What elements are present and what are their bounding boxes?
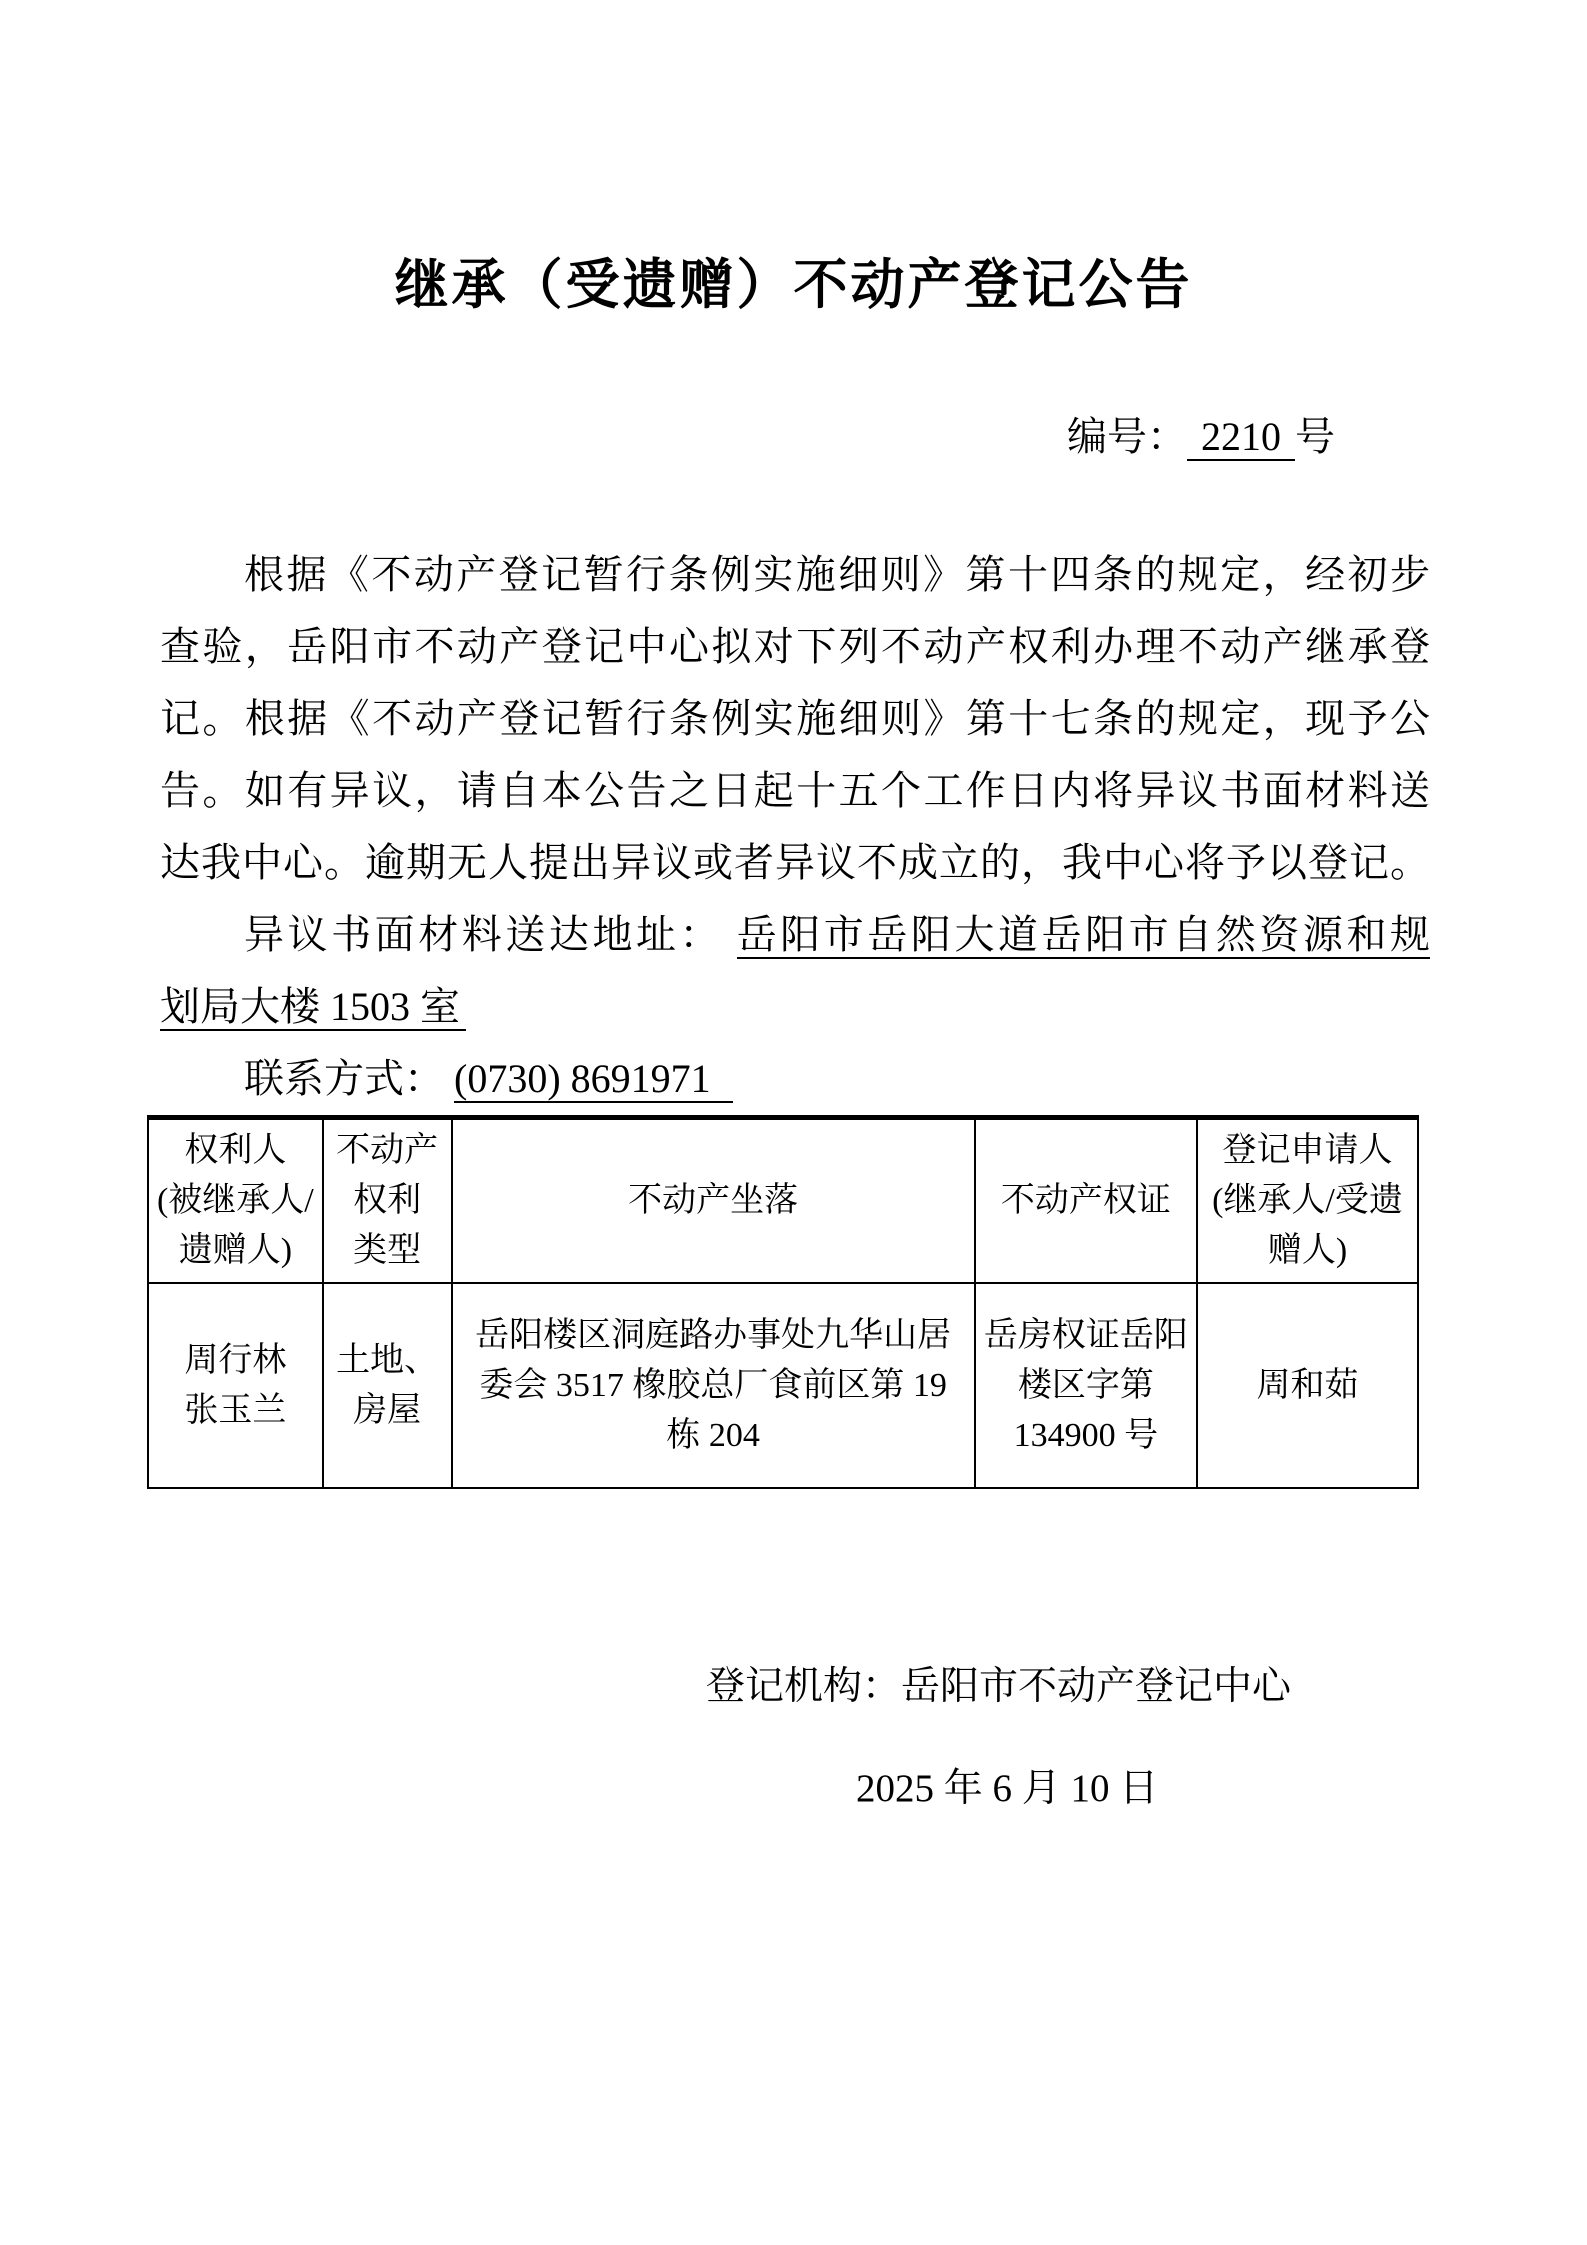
table-header-row: 权利人 (被继承人/ 遗赠人) 不动产 权利 类型 不动产坐落 不动产权证 登记…: [148, 1118, 1418, 1284]
cell-property-certificate: 岳房权证岳阳 楼区字第 134900 号: [975, 1283, 1197, 1488]
document-page: 继承（受遗赠）不动产登记公告 编号：2210号 根据《不动产登记暂行条例实施细则…: [0, 0, 1587, 2245]
header-right-type: 不动产 权利 类型: [323, 1118, 452, 1284]
cell-property-location: 岳阳楼区洞庭路办事处九华山居 委会 3517 橡胶总厂食前区第 19 栋 204: [452, 1283, 975, 1488]
cell-right-type: 土地、 房屋: [323, 1283, 452, 1488]
paragraph-line-1: 根据《不动产登记暂行条例实施细则》第十四条的规定，经初步: [160, 539, 1430, 611]
address-line: 异议书面材料送达地址： 岳阳市岳阳大道岳阳市自然资源和规: [160, 899, 1430, 971]
contact-value: (0730) 8691971: [454, 1056, 733, 1103]
announcement-body: 根据《不动产登记暂行条例实施细则》第十四条的规定，经初步 查验，岳阳市不动产登记…: [160, 539, 1430, 1115]
contact-line: 联系方式： (0730) 8691971: [160, 1043, 1430, 1115]
paragraph-line-5: 达我中心。逾期无人提出异议或者异议不成立的，我中心将予以登记。: [160, 827, 1430, 899]
contact-label: 联系方式：: [244, 1056, 444, 1101]
header-right-holder: 权利人 (被继承人/ 遗赠人): [148, 1118, 323, 1284]
address-value-line1: 岳阳市岳阳大道岳阳市自然资源和规: [737, 912, 1430, 959]
cell-registration-applicant: 周和茹: [1197, 1283, 1418, 1488]
paragraph-line-3: 记。根据《不动产登记暂行条例实施细则》第十七条的规定，现予公: [160, 683, 1430, 755]
number-value: 2210: [1187, 414, 1295, 461]
registration-table: 权利人 (被继承人/ 遗赠人) 不动产 权利 类型 不动产坐落 不动产权证 登记…: [147, 1115, 1419, 1489]
address-label: 异议书面材料送达地址：: [244, 912, 723, 957]
registration-authority-line: 登记机构：岳阳市不动产登记中心: [706, 1661, 1587, 1713]
document-title: 继承（受遗赠）不动产登记公告: [0, 252, 1587, 318]
table-row: 周行林 张玉兰 土地、 房屋 岳阳楼区洞庭路办事处九华山居 委会 3517 橡胶…: [148, 1283, 1418, 1488]
paragraph-line-2: 查验，岳阳市不动产登记中心拟对下列不动产权利办理不动产继承登: [160, 611, 1430, 683]
cell-right-holder: 周行林 张玉兰: [148, 1283, 323, 1488]
announcement-date: 2025 年 6 月 10 日: [856, 1763, 1587, 1815]
number-suffix: 号: [1295, 414, 1335, 459]
document-number-line: 编号：2210号: [0, 413, 1587, 461]
number-label: 编号：: [1067, 414, 1187, 459]
paragraph-line-4: 告。如有异议，请自本公告之日起十五个工作日内将异议书面材料送: [160, 755, 1430, 827]
header-registration-applicant: 登记申请人 (继承人/受遗 赠人): [1197, 1118, 1418, 1284]
address-line-2: 划局大楼 1503 室: [160, 971, 1430, 1043]
header-property-location: 不动产坐落: [452, 1118, 975, 1284]
header-property-certificate: 不动产权证: [975, 1118, 1197, 1284]
address-value-line2: 划局大楼 1503 室: [160, 984, 466, 1031]
